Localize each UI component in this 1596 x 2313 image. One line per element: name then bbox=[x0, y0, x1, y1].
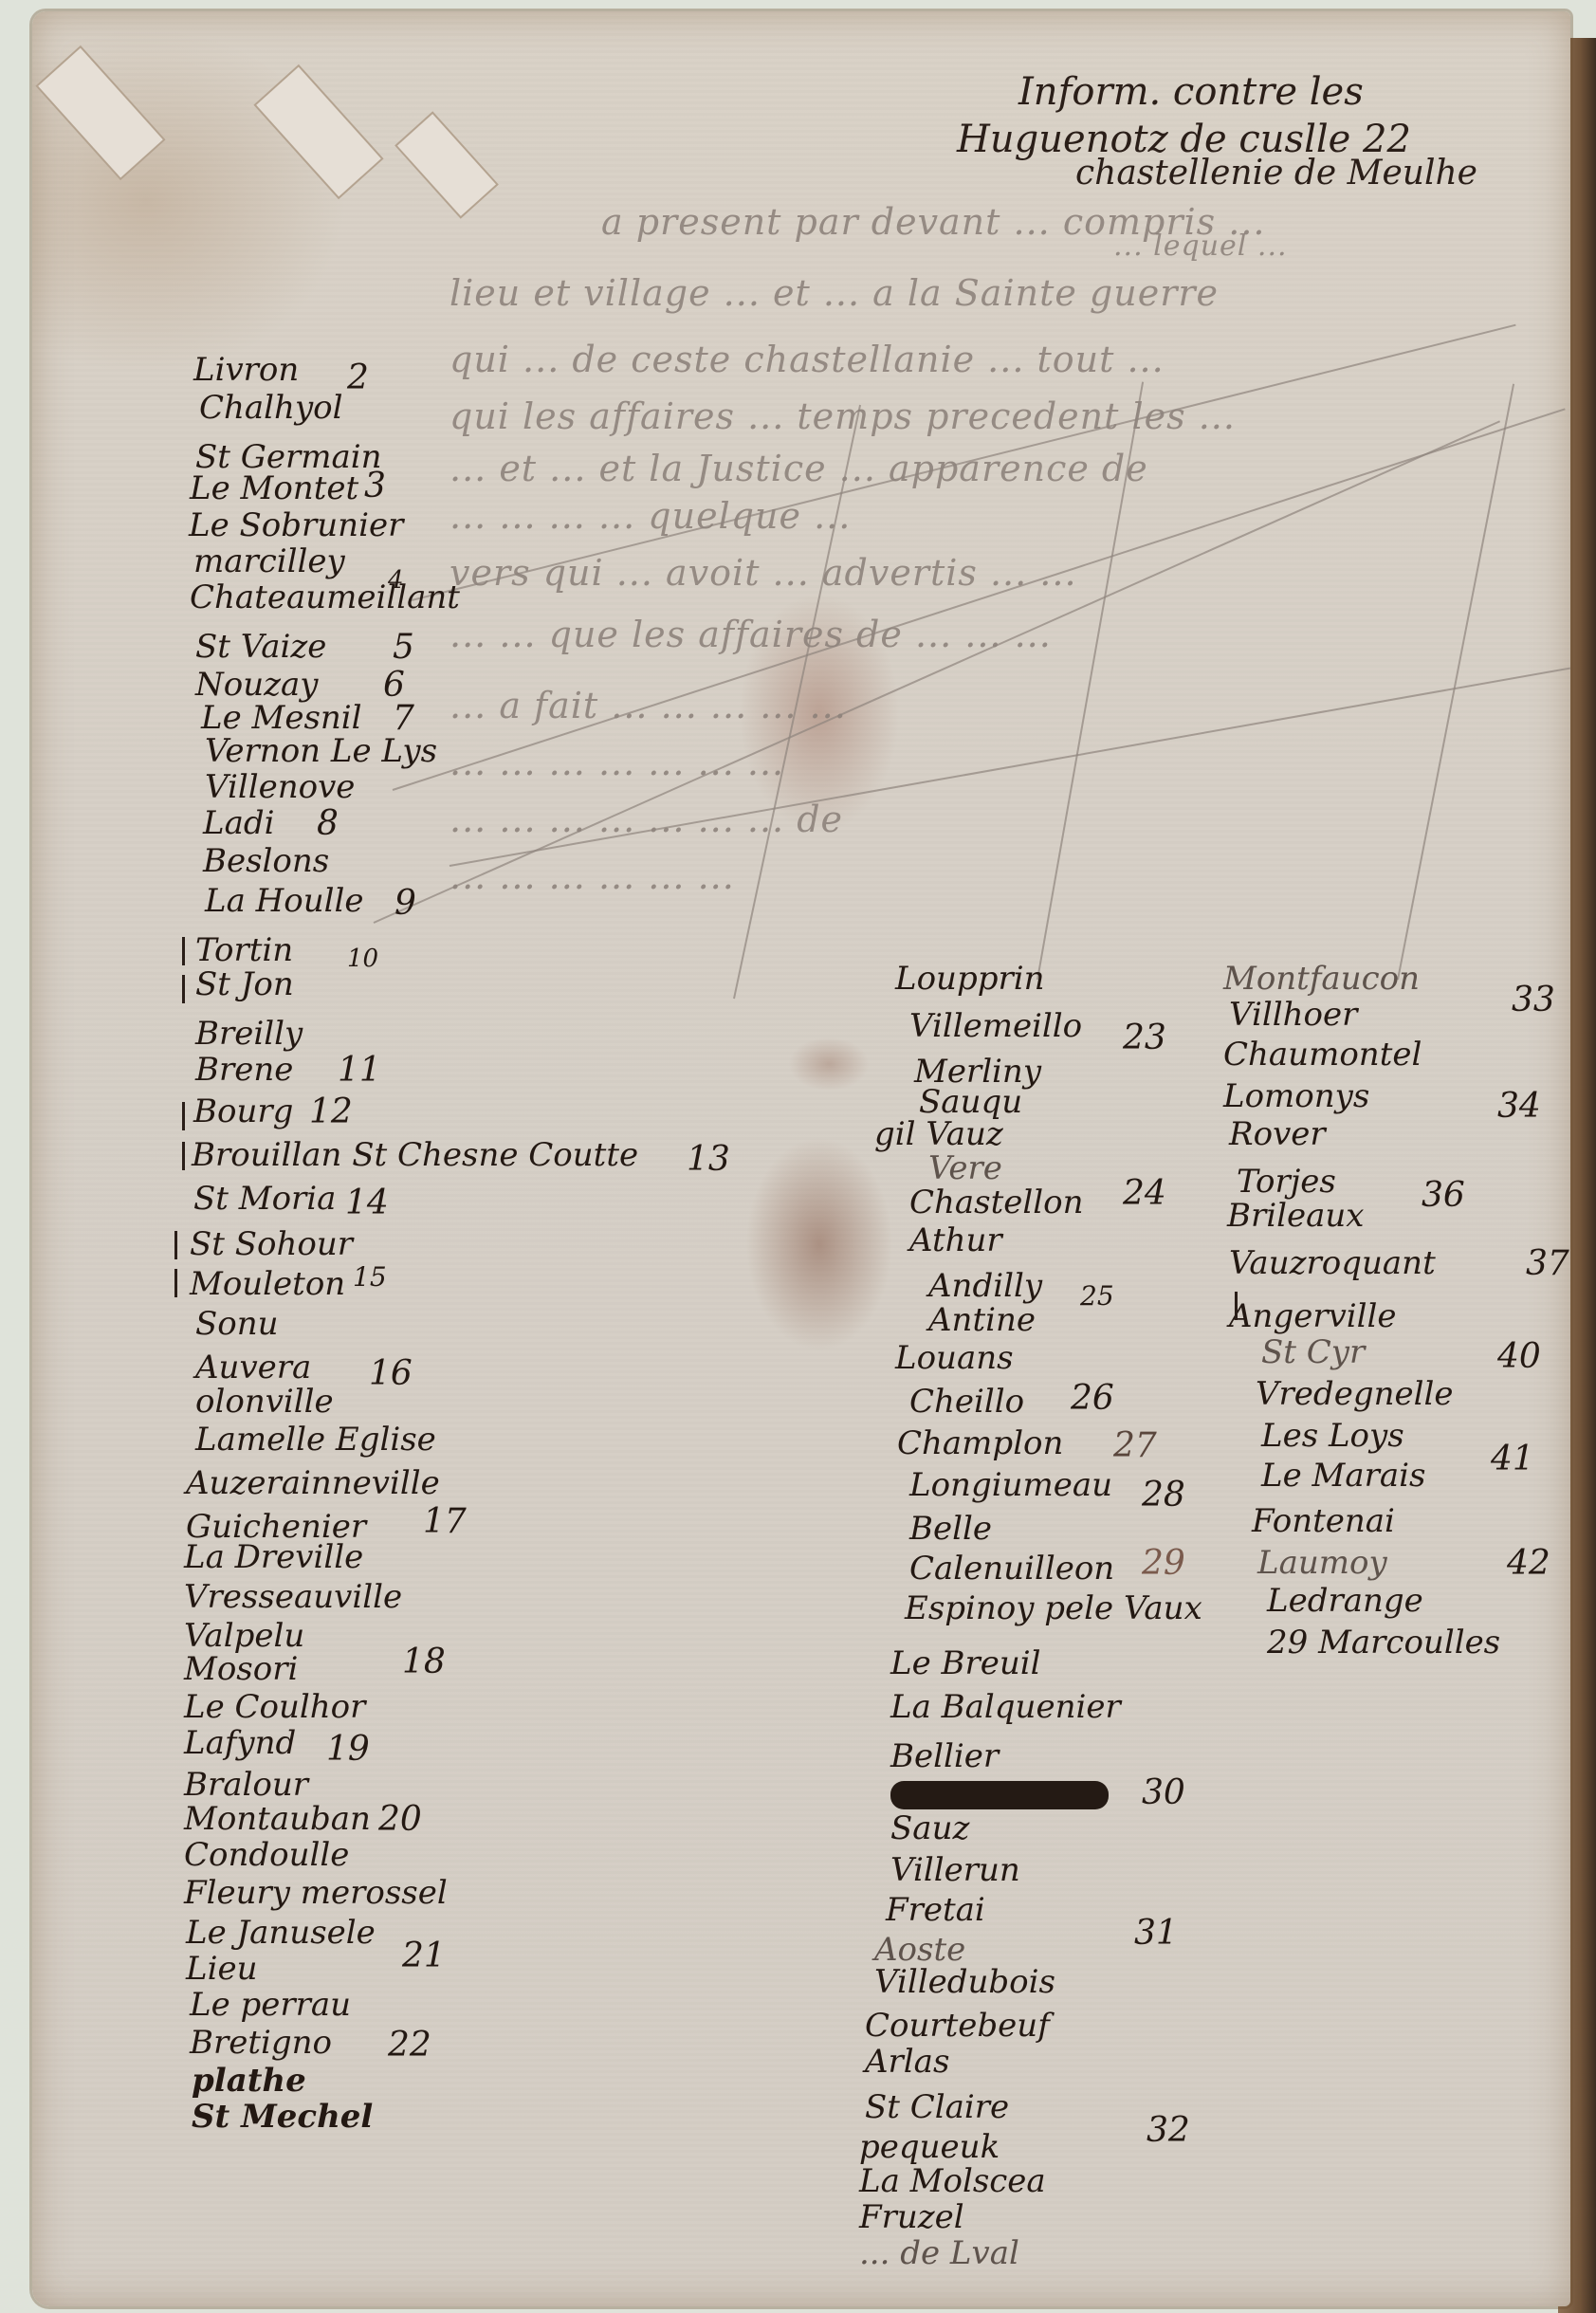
list-item: plathe bbox=[192, 2062, 306, 2100]
entry-number: 20 bbox=[378, 1800, 422, 1839]
tally-mark bbox=[182, 1142, 185, 1170]
list-item: Rover bbox=[1229, 1115, 1326, 1153]
list-item: St Cyr bbox=[1261, 1333, 1365, 1371]
list-item: Fontenai bbox=[1252, 1502, 1395, 1540]
list-item: Auvera bbox=[195, 1349, 311, 1386]
entry-number: 5 bbox=[393, 628, 414, 667]
entry-number: 12 bbox=[309, 1092, 353, 1131]
list-item: Bretigno bbox=[190, 2024, 332, 2062]
list-item: Chastellon bbox=[909, 1184, 1084, 1221]
list-item: St Claire bbox=[865, 2088, 1009, 2126]
crossed-out-paragraph: a present par devant ... compris ... ...… bbox=[449, 201, 1587, 979]
tally-mark bbox=[182, 975, 185, 1003]
entry-number: 15 bbox=[353, 1261, 387, 1293]
faded-line: vers qui ... avoit ... advertis ... ... bbox=[449, 552, 1077, 594]
list-item: gil Vauz bbox=[874, 1115, 1003, 1153]
list-item: Cheillo bbox=[909, 1383, 1024, 1421]
list-item: Les Loys bbox=[1261, 1417, 1404, 1455]
list-item: Condoulle bbox=[184, 1836, 349, 1874]
entry-number: 33 bbox=[1512, 981, 1555, 1019]
list-item: Lieu bbox=[186, 1950, 257, 1988]
list-item: Chateaumeillant bbox=[190, 578, 460, 616]
list-item: St Sohour bbox=[190, 1225, 353, 1263]
entry-number: 37 bbox=[1526, 1244, 1569, 1283]
tally-mark bbox=[174, 1231, 177, 1259]
place-name: Livron bbox=[193, 351, 299, 389]
list-item: Mouleton bbox=[190, 1265, 345, 1303]
entry-number: 22 bbox=[388, 2026, 431, 2065]
list-item: Auzerainneville bbox=[186, 1464, 440, 1502]
list-item: olonville bbox=[195, 1383, 334, 1421]
entry-number: 41 bbox=[1491, 1440, 1534, 1478]
list-item: La Balquenier bbox=[890, 1688, 1121, 1726]
list-item: Louans bbox=[895, 1339, 1014, 1377]
header-line-1: Inform. contre les bbox=[1018, 70, 1364, 114]
list-item: La Dreville bbox=[184, 1538, 363, 1576]
header-line-3: chastellenie de Meulhe bbox=[1075, 154, 1477, 193]
list-item: St Jon bbox=[195, 965, 294, 1003]
entry-number: 29 bbox=[1142, 1544, 1185, 1583]
list-item: Nouzay bbox=[195, 666, 319, 704]
entry-number: 28 bbox=[1142, 1476, 1185, 1514]
list-item: Le Breuil bbox=[890, 1644, 1041, 1682]
list-item: Andilly bbox=[928, 1267, 1042, 1305]
list-item: La Houlle bbox=[205, 882, 364, 920]
list-item: Le Coulhor bbox=[184, 1688, 365, 1726]
entry-number: 18 bbox=[402, 1643, 446, 1681]
list-item: Sonu bbox=[195, 1305, 279, 1343]
list-item: Villerun bbox=[890, 1851, 1020, 1889]
entry-number: 14 bbox=[345, 1184, 389, 1222]
tally-mark bbox=[182, 937, 185, 965]
faded-line: lieu et village ... et ... a la Sainte g… bbox=[449, 272, 1219, 314]
entry-number: 23 bbox=[1123, 1019, 1166, 1057]
faded-line: ... ... ... ... ... ... ... de bbox=[449, 799, 843, 840]
list-item: ... de Lval bbox=[859, 2234, 1019, 2272]
entry-number: 21 bbox=[402, 1937, 446, 1975]
entry-number: 13 bbox=[687, 1140, 730, 1179]
entry-number: 30 bbox=[1142, 1773, 1185, 1812]
entry-number: 42 bbox=[1507, 1544, 1550, 1583]
list-item: Le Mesnil bbox=[201, 699, 362, 737]
list-item: Vere bbox=[928, 1149, 1002, 1187]
entry-number: 16 bbox=[369, 1354, 413, 1393]
list-item: Vresseauville bbox=[184, 1578, 402, 1616]
list-item: Le perrau bbox=[190, 1986, 351, 2024]
list-item: Livron bbox=[193, 351, 299, 389]
faded-line: ... ... ... ... quelque ... bbox=[449, 495, 851, 537]
list-item: Lamelle Eglise bbox=[195, 1421, 436, 1459]
tally-mark bbox=[1235, 1292, 1238, 1320]
list-item: Villhoer bbox=[1229, 996, 1357, 1034]
list-item: Sauz bbox=[890, 1809, 969, 1847]
entry-number: 25 bbox=[1080, 1280, 1114, 1312]
entry-number: 31 bbox=[1134, 1914, 1178, 1953]
list-item: Angerville bbox=[1229, 1297, 1397, 1335]
list-item: Villemeillo bbox=[909, 1007, 1082, 1045]
list-item: Longiumeau bbox=[909, 1466, 1112, 1504]
faded-line: qui les affaires ... temps precedent les… bbox=[449, 395, 1236, 437]
list-item: Ledrange bbox=[1267, 1582, 1423, 1620]
list-item: Torjes bbox=[1237, 1163, 1336, 1201]
entry-number: 36 bbox=[1422, 1176, 1465, 1215]
list-item: Calenuilleon bbox=[909, 1550, 1114, 1588]
faded-line: ... ... ... ... ... ... bbox=[449, 855, 735, 897]
list-item: Montauban bbox=[184, 1800, 371, 1838]
list-item: Athur bbox=[909, 1221, 1002, 1259]
list-item: Bellier bbox=[890, 1737, 999, 1775]
list-item: St Mechel bbox=[192, 2098, 373, 2136]
list-item: Breilly bbox=[195, 1015, 303, 1053]
entry-number: 4 bbox=[388, 566, 404, 595]
list-item: Mosori bbox=[184, 1650, 298, 1688]
list-item: Chalhyol bbox=[199, 389, 343, 427]
entry-number: 9 bbox=[394, 884, 416, 923]
list-item: 29 Marcoulles bbox=[1267, 1624, 1500, 1661]
list-item: Arlas bbox=[865, 2043, 949, 2081]
entry-number: 11 bbox=[338, 1051, 381, 1090]
entry-number: 26 bbox=[1071, 1379, 1114, 1418]
list-item: Brene bbox=[195, 1051, 293, 1089]
list-item: marcilley bbox=[193, 542, 345, 580]
list-item: Champlon bbox=[897, 1424, 1063, 1462]
tally-mark bbox=[182, 1102, 185, 1130]
faded-line: ... ... que les affaires de ... ... ... bbox=[449, 614, 1052, 655]
list-item: Lomonys bbox=[1223, 1077, 1369, 1115]
list-item: Le Marais bbox=[1261, 1457, 1425, 1495]
entry-number: 27 bbox=[1113, 1426, 1157, 1465]
entry-number: 34 bbox=[1497, 1087, 1541, 1126]
tally-mark bbox=[174, 1269, 177, 1297]
list-item: Fretai bbox=[886, 1891, 985, 1929]
entry-number: 2 bbox=[347, 358, 369, 397]
entry-number: 17 bbox=[423, 1502, 467, 1541]
list-item: Brileaux bbox=[1227, 1197, 1364, 1235]
list-item: Bralour bbox=[184, 1766, 308, 1804]
list-item: Beslons bbox=[203, 842, 329, 880]
list-item: Vernon Le Lys bbox=[205, 732, 437, 770]
entry-number: 3 bbox=[364, 467, 386, 505]
list-item: Le Sobrunier bbox=[189, 506, 403, 544]
struck-out-entry bbox=[890, 1781, 1109, 1809]
list-item: Loupprin bbox=[895, 960, 1045, 998]
list-item: Chaumontel bbox=[1223, 1036, 1422, 1074]
list-item: Vredegnelle bbox=[1256, 1375, 1453, 1413]
faded-line: ... et ... et la Justice ... apparence d… bbox=[449, 448, 1148, 489]
list-item: Valpelu bbox=[184, 1617, 304, 1655]
manuscript-page: Inform. contre les Huguenotz de cuslle 2… bbox=[32, 11, 1570, 2306]
entry-number: 8 bbox=[317, 804, 339, 843]
list-item: Antine bbox=[928, 1301, 1036, 1339]
list-item: Brouillan St Chesne Coutte bbox=[192, 1136, 638, 1174]
list-item: Le Montet bbox=[190, 469, 358, 507]
faded-line: qui ... de ceste chastellanie ... tout .… bbox=[449, 339, 1165, 380]
list-item: Belle bbox=[909, 1510, 992, 1548]
list-item: Laumoy bbox=[1257, 1544, 1387, 1582]
list-item: Vauzroquant bbox=[1229, 1244, 1436, 1282]
list-item: Ladi bbox=[203, 804, 275, 842]
list-item: Le Janusele bbox=[186, 1914, 376, 1952]
list-item: Lafynd bbox=[184, 1724, 296, 1762]
list-item: Villenove bbox=[205, 768, 355, 806]
faded-line: ... lequel ... bbox=[1113, 229, 1288, 263]
list-item: La Molscea bbox=[859, 2162, 1046, 2200]
list-item: Fleury merossel bbox=[184, 1874, 448, 1912]
torn-corner-fragment bbox=[253, 64, 383, 199]
entry-number: 10 bbox=[347, 945, 378, 973]
list-item: Espinoy pele Vaux bbox=[905, 1589, 1202, 1627]
list-item: Fruzel bbox=[859, 2198, 964, 2236]
torn-corner-fragment bbox=[35, 46, 165, 180]
list-item: Tortin bbox=[195, 931, 293, 969]
list-item: St Moria bbox=[193, 1180, 336, 1218]
list-item: pequeuk bbox=[859, 2128, 1000, 2166]
list-item: Bourg bbox=[193, 1092, 293, 1130]
list-item: Montfaucon bbox=[1223, 960, 1420, 998]
entry-number: 32 bbox=[1147, 2111, 1190, 2150]
list-item: Courtebeuf bbox=[865, 2007, 1050, 2045]
entry-number: 24 bbox=[1123, 1174, 1166, 1213]
list-item: St Vaize bbox=[195, 628, 326, 666]
list-item: Villedubois bbox=[874, 1963, 1055, 2001]
entry-number: 19 bbox=[326, 1730, 370, 1769]
entry-number: 40 bbox=[1497, 1337, 1541, 1376]
